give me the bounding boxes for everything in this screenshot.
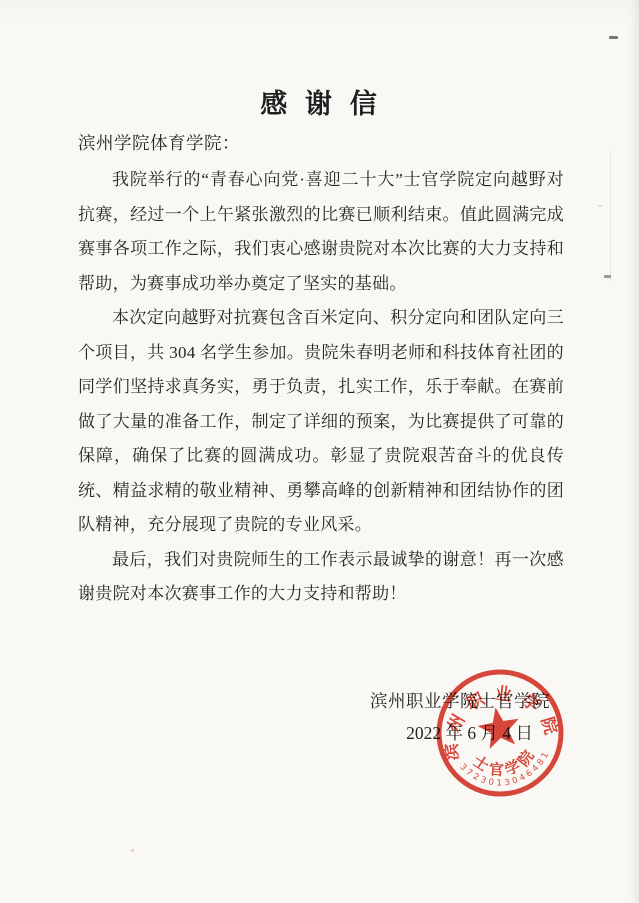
- paragraph-2: 本次定向越野对抗赛包含百米定向、积分定向和团队定向三个项目，共 304 名学生参…: [78, 301, 564, 543]
- scan-artifact: [131, 849, 134, 852]
- official-seal-stamp: 滨州职业学院 士官学院 3723013046481: [407, 640, 592, 825]
- letter-body: 我院举行的“青春心向党·喜迎二十大”士官学院定向越野对抗赛，经过一个上午紧张激烈…: [78, 163, 564, 612]
- scan-artifact: [609, 36, 618, 39]
- letter-title: 感 谢 信: [0, 82, 639, 121]
- seal-star-icon: [475, 704, 523, 750]
- scan-artifact: [598, 205, 603, 207]
- scan-artifact: [610, 150, 611, 282]
- paragraph-3: 最后，我们对贵院师生的工作表示最诚挚的谢意！再一次感谢贵院对本次赛事工作的大力支…: [78, 543, 564, 612]
- salutation: 滨州学院体育学院：: [78, 130, 240, 155]
- paragraph-1: 我院举行的“青春心向党·喜迎二十大”士官学院定向越野对抗赛，经过一个上午紧张激烈…: [78, 163, 564, 301]
- letter-page: 感 谢 信 滨州学院体育学院： 我院举行的“青春心向党·喜迎二十大”士官学院定向…: [0, 0, 639, 903]
